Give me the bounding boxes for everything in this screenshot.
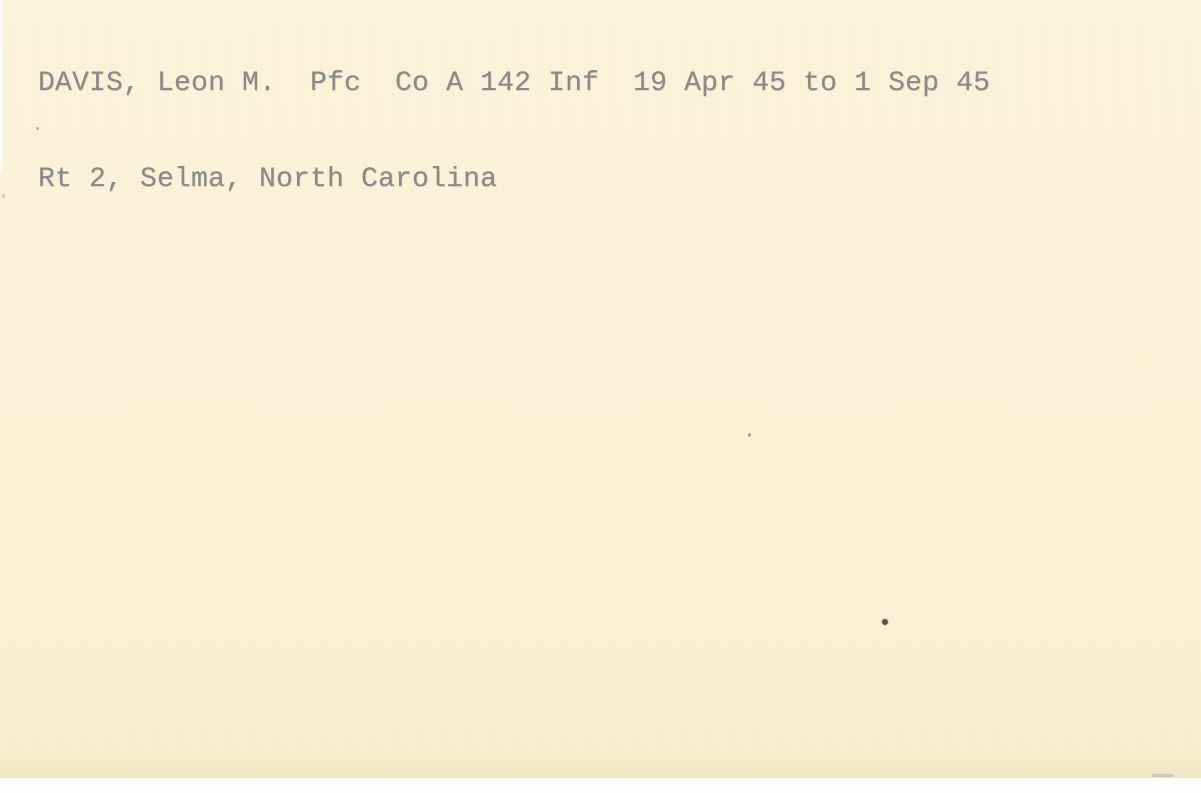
- card-line-address: Rt 2, Selma, North Carolina: [38, 164, 990, 196]
- typewritten-text: DAVIS, Leon M. Pfc Co A 142 Inf 19 Apr 4…: [38, 4, 990, 260]
- paper-speck: [2, 194, 5, 198]
- paper-speck: [1152, 774, 1174, 777]
- index-card: DAVIS, Leon M. Pfc Co A 142 Inf 19 Apr 4…: [0, 0, 1201, 777]
- card-line-service-record: DAVIS, Leon M. Pfc Co A 142 Inf 19 Apr 4…: [38, 68, 990, 100]
- paper-speck: [882, 619, 888, 625]
- paper-speck: [748, 433, 751, 437]
- scanner-edge-sliver: [0, 0, 3, 170]
- scan-background: DAVIS, Leon M. Pfc Co A 142 Inf 19 Apr 4…: [0, 0, 1201, 793]
- paper-speck: [36, 127, 39, 130]
